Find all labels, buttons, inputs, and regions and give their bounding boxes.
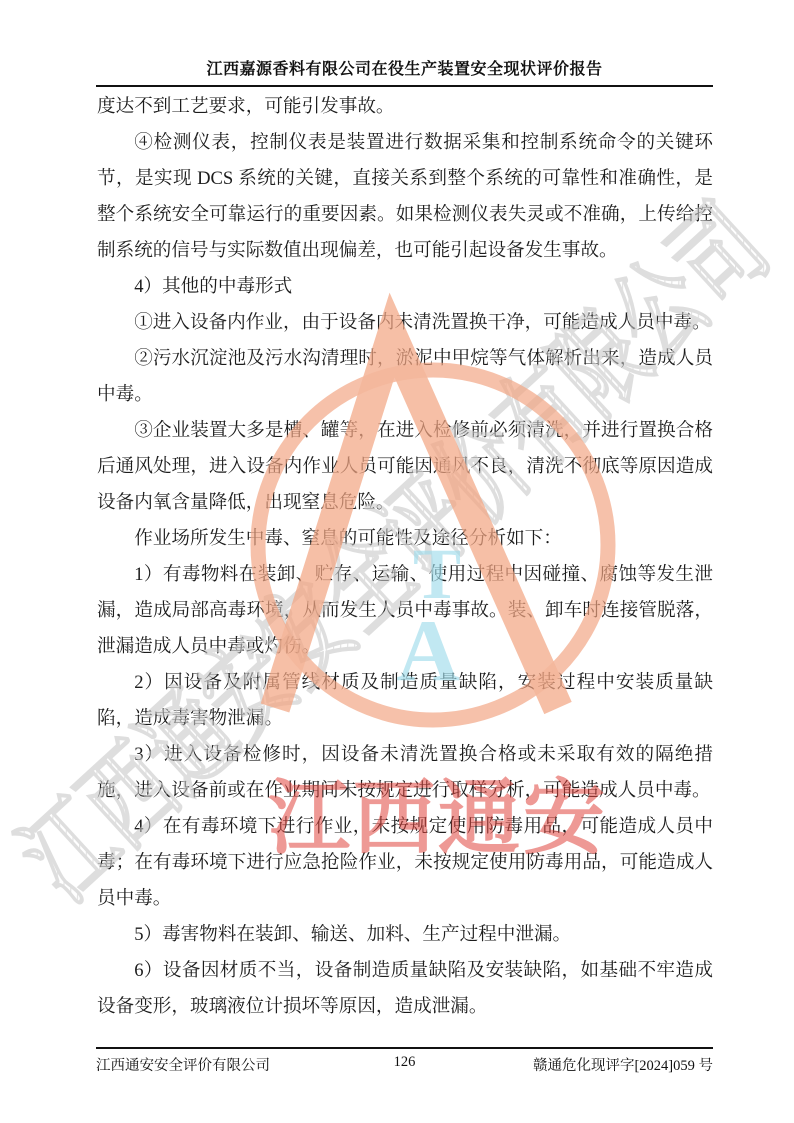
paragraph: 2）因设备及附属管线材质及制造质量缺陷，安装过程中安装质量缺陷，造成毒害物泄漏。 [97, 665, 713, 737]
paragraph: 1）有毒物料在装卸、贮存、运输、使用过程中因碰撞、腐蚀等发生泄漏，造成局部高毒环… [97, 557, 713, 665]
paragraph: 作业场所发生中毒、窒息的可能性及途径分析如下： [97, 521, 713, 557]
paragraph: ③企业装置大多是槽、罐等，在进入检修前必须清洗，并进行置换合格后通风处理，进入设… [97, 413, 713, 521]
paragraph: 4）其他的中毒形式 [97, 269, 713, 305]
paragraph: ②污水沉淀池及污水沟清理时，淤泥中甲烷等气体解析出来，造成人员中毒。 [97, 341, 713, 413]
paragraph: ④检测仪表，控制仪表是装置进行数据采集和控制系统命令的关键环节，是实现 DCS … [97, 125, 713, 269]
footer-rule [96, 1047, 713, 1049]
footer-document-number: 赣通危化现评字[2024]059 号 [533, 1054, 713, 1075]
page-header: 江西嘉源香料有限公司在役生产装置安全现状评价报告 [96, 56, 713, 79]
paragraph: 6）设备因材质不当，设备制造质量缺陷及安装缺陷，如基础不牢造成设备变形，玻璃液位… [97, 953, 713, 1025]
paragraph: 3）进入设备检修时，因设备未清洗置换合格或未采取有效的隔绝措施，进入设备前或在作… [97, 737, 713, 809]
paragraph: 5）毒害物料在装卸、输送、加料、生产过程中泄漏。 [97, 917, 713, 953]
paragraph: 4）在有毒环境下进行作业，未按规定使用防毒用品，可能造成人员中毒；在有毒环境下进… [97, 809, 713, 917]
header-rule [96, 85, 713, 87]
report-page: 江西嘉源香料有限公司在役生产装置安全现状评价报告 度达不到工艺要求，可能引发事故… [0, 0, 794, 1123]
paragraph: ①进入设备内作业，由于设备内未清洗置换干净，可能造成人员中毒。 [97, 305, 713, 341]
paragraph: 度达不到工艺要求，可能引发事故。 [97, 89, 713, 125]
report-title: 江西嘉源香料有限公司在役生产装置安全现状评价报告 [96, 56, 713, 79]
document-body: 度达不到工艺要求，可能引发事故。④检测仪表，控制仪表是装置进行数据采集和控制系统… [97, 89, 713, 1025]
